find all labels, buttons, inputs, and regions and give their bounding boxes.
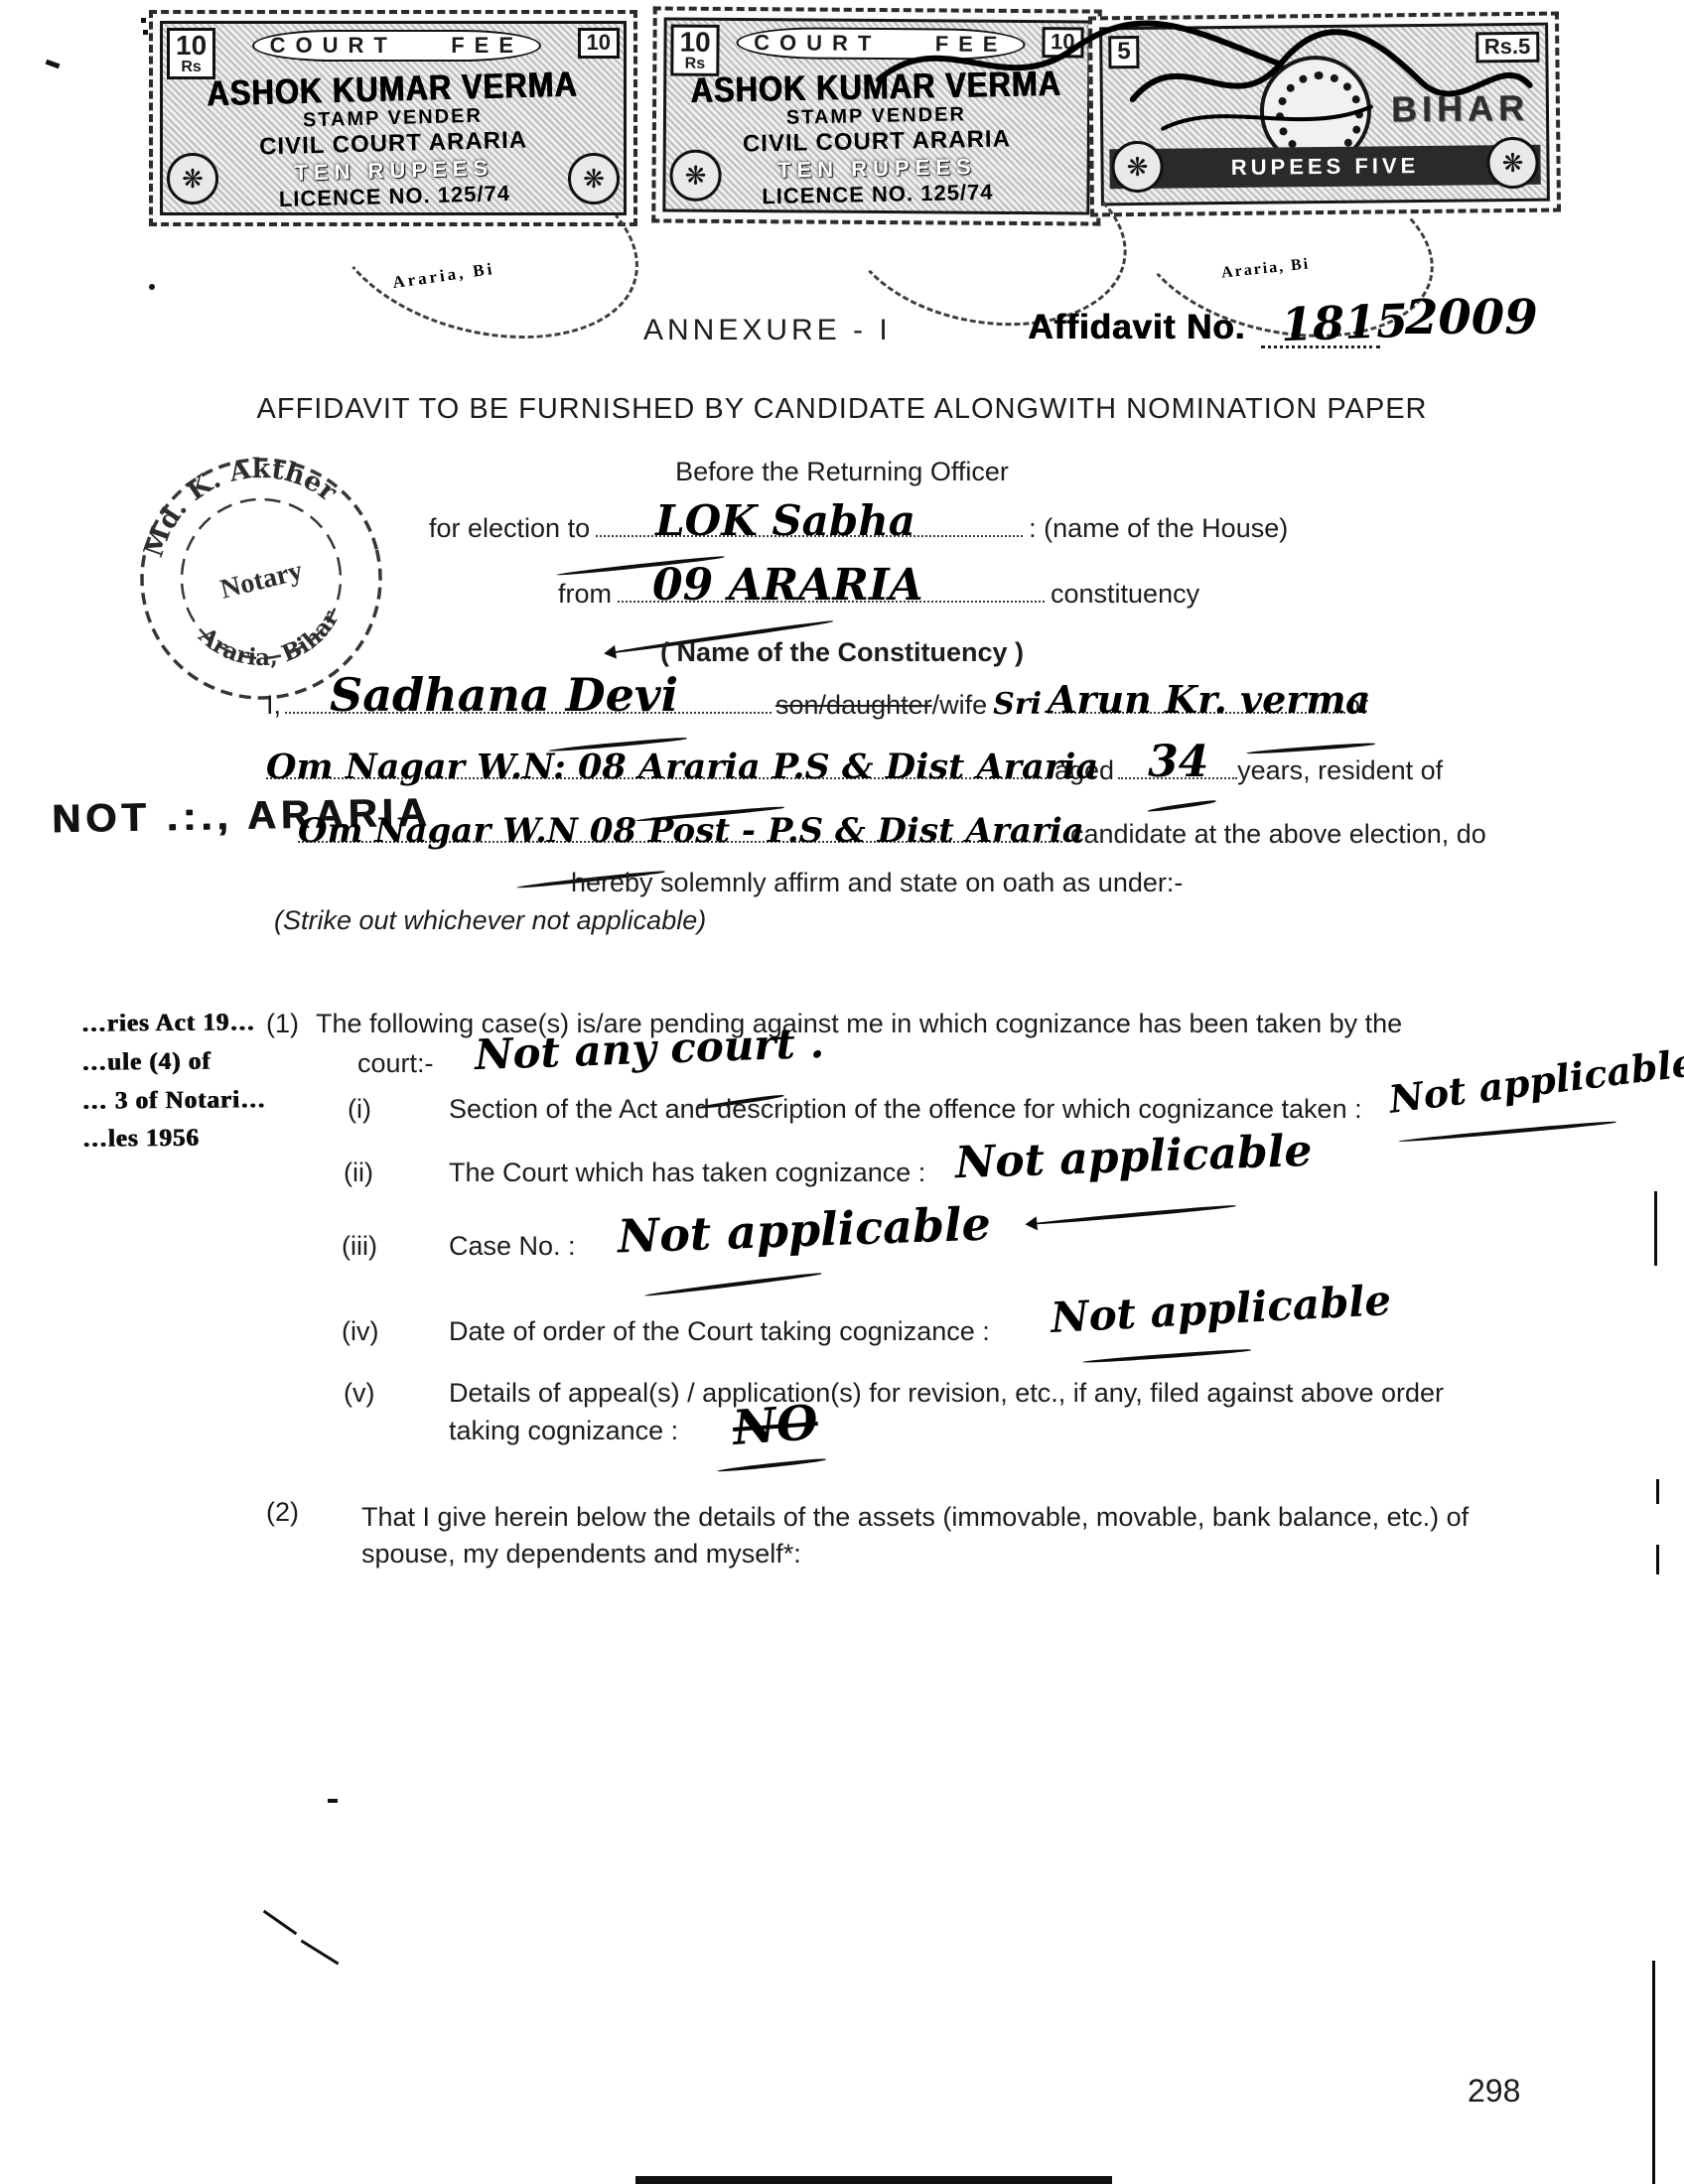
item-1ii-number: (ii) bbox=[344, 1158, 373, 1188]
scan-speck bbox=[143, 30, 148, 35]
figure-gap bbox=[413, 33, 435, 58]
page-title: AFFIDAVIT TO BE FURNISHED BY CANDIDATE A… bbox=[0, 393, 1684, 426]
underline-swoosh bbox=[717, 1457, 826, 1472]
annexure-heading: ANNEXURE - I bbox=[643, 314, 892, 347]
banner-fee-label: FEE bbox=[451, 33, 523, 58]
declarant-line-1: I, Sadhana Devi son/daughter/wife Sri Ar… bbox=[266, 685, 1368, 722]
item-1ii-value: Not applicable bbox=[954, 1126, 1313, 1189]
scan-edge-mark bbox=[1654, 1191, 1657, 1266]
item-1i-value: Not applicable bbox=[1386, 1039, 1684, 1121]
item-1v-label2: taking cognizance : bbox=[449, 1416, 678, 1446]
underline-swoosh bbox=[1398, 1120, 1616, 1143]
notary-seal-name: Md. K. Akther bbox=[122, 432, 351, 567]
years-resident-label: years, resident of bbox=[1237, 755, 1443, 786]
region-label: BIHAR bbox=[1391, 87, 1529, 130]
underline-swoosh bbox=[1147, 799, 1216, 813]
address-field-1: Om Nagar W.N: 08 Araria P.S & Dist Arari… bbox=[266, 751, 1051, 779]
court-fee-banner: COURT FEE bbox=[252, 30, 541, 62]
denomination-right-box: Rs.5 bbox=[1475, 32, 1540, 64]
rosette-icon: ❋ bbox=[669, 150, 721, 202]
house-value: LOK Sabha bbox=[655, 496, 915, 545]
from-prefix: from bbox=[558, 579, 612, 610]
scan-edge-mark bbox=[1656, 1479, 1659, 1504]
item-1iv-label: Date of order of the Court taking cogniz… bbox=[449, 1316, 990, 1347]
item-1iii-value: Not applicable bbox=[617, 1196, 991, 1263]
page-number: 298 bbox=[1468, 2073, 1520, 2110]
banner-court-label: COURT bbox=[754, 30, 881, 56]
item-1ii-label: The Court which has taken cognizance : bbox=[449, 1158, 925, 1188]
item-1iii-number: (iii) bbox=[342, 1231, 377, 1262]
address-value-1: Om Nagar W.N: 08 Araria P.S & Dist Arari… bbox=[266, 747, 1098, 787]
banner-fee-label: FEE bbox=[935, 31, 1008, 57]
notary-seal-title: Notary bbox=[217, 555, 306, 605]
declarant-line-2: Om Nagar W.N: 08 Araria P.S & Dist Arari… bbox=[266, 751, 1443, 786]
scan-speck bbox=[301, 1940, 340, 1966]
denomination-box: 10 Rs bbox=[167, 28, 215, 79]
house-field: LOK Sabha bbox=[596, 508, 1023, 537]
relation-struck: son/daughter bbox=[775, 690, 932, 720]
margin-stamp-line: …ule (4) of bbox=[81, 1042, 266, 1082]
item-1i-label: Section of the Act and description of th… bbox=[449, 1094, 1362, 1125]
sri-label: Sri bbox=[993, 687, 1042, 722]
vendor-name: ASHOK KUMAR VERMA bbox=[664, 63, 1086, 112]
court-label: court:- bbox=[357, 1048, 434, 1079]
margin-stamp-line: … 3 of Notari… bbox=[81, 1081, 266, 1121]
address-field-2: Om Nagar W.N 08 Post - P.S & Dist Araria bbox=[298, 814, 1062, 843]
declarant-line-3: Om Nagar W.N 08 Post - P.S & Dist Araria… bbox=[298, 814, 1486, 850]
scanned-affidavit-page: 10 Rs COURT FEE 10 ASHOK KUMAR VERMA STA… bbox=[0, 0, 1684, 2184]
denomination-value: 10 bbox=[176, 33, 207, 60]
election-line: for election to LOK Sabha : (name of the… bbox=[429, 508, 1288, 544]
scan-speck bbox=[141, 18, 146, 23]
from-line: from 09 ARARIA constituency bbox=[558, 574, 1199, 610]
scan-edge-line bbox=[1652, 1961, 1655, 2184]
item-1i-number: (i) bbox=[348, 1094, 371, 1125]
item-2-text2: spouse, my dependents and myself*: bbox=[361, 1539, 801, 1570]
i-label: I, bbox=[266, 690, 281, 721]
item-1iv-value: Not applicable bbox=[1050, 1276, 1392, 1342]
denomination-left-box: 5 bbox=[1108, 36, 1140, 68]
constituency-value: 09 ARARIA bbox=[652, 560, 923, 611]
denomination-small-box: 10 bbox=[1042, 27, 1084, 58]
scan-speck bbox=[46, 60, 61, 68]
scan-speck bbox=[149, 284, 155, 290]
scan-speck bbox=[328, 1799, 338, 1803]
election-suffix: : (name of the House) bbox=[1029, 513, 1288, 544]
rosette-icon: ❋ bbox=[167, 153, 218, 205]
scan-speck bbox=[263, 1910, 297, 1935]
item-1v-value: NO bbox=[731, 1395, 819, 1456]
court-fee-banner: COURT FEE bbox=[736, 27, 1026, 61]
item-2-number: (2) bbox=[266, 1497, 299, 1528]
candidate-name-field: Sadhana Devi bbox=[285, 685, 772, 714]
underline-swoosh-arrow bbox=[1028, 1204, 1236, 1226]
margin-stamp-line: …les 1956 bbox=[81, 1119, 266, 1159]
affidavit-no-value: 1815 bbox=[1280, 294, 1409, 351]
strike-note: (Strike out whichever not applicable) bbox=[274, 905, 706, 936]
denomination-unit: Rs bbox=[679, 56, 710, 70]
relation-kept: /wife bbox=[932, 690, 988, 720]
denomination-value: 10 bbox=[679, 30, 710, 57]
candidate-name-value: Sadhana Devi bbox=[330, 668, 678, 722]
svg-text:Md. K. Akther: Md. K. Akther bbox=[122, 432, 351, 567]
underline-swoosh bbox=[643, 1272, 821, 1297]
item-1iii-label: Case No. : bbox=[449, 1231, 576, 1262]
affidavit-year-value: 2009 bbox=[1405, 290, 1538, 345]
relative-name-field: Arun Kr. verma bbox=[1048, 685, 1345, 714]
margin-stamp-line: …ries Act 19… bbox=[80, 1004, 265, 1043]
item-1v-label: Details of appeal(s) / application(s) fo… bbox=[449, 1378, 1511, 1409]
underline-swoosh bbox=[1082, 1348, 1251, 1364]
scan-bottom-bar bbox=[635, 2176, 1112, 2184]
constituency-note: ( Name of the Constituency ) bbox=[0, 637, 1684, 668]
item-1v-number: (v) bbox=[344, 1378, 374, 1409]
scan-edge-mark bbox=[1656, 1545, 1659, 1574]
relation-label: son/daughter/wife bbox=[775, 690, 987, 721]
relative-name-value: Arun Kr. verma bbox=[1048, 677, 1370, 722]
address-value-2: Om Nagar W.N 08 Post - P.S & Dist Araria bbox=[298, 811, 1084, 851]
rosette-icon: ❋ bbox=[1486, 137, 1539, 190]
affidavit-no-stamp: Affidavit No. bbox=[1028, 308, 1245, 347]
election-prefix: for election to bbox=[429, 513, 590, 544]
banner-court-label: COURT bbox=[270, 33, 397, 58]
margin-rubber-stamp: …ries Act 19… …ule (4) of … 3 of Notari…… bbox=[80, 1004, 266, 1160]
from-suffix: constituency bbox=[1051, 579, 1199, 610]
item-2-text: That I give herein below the details of … bbox=[361, 1497, 1543, 1539]
age-value: 34 bbox=[1148, 737, 1208, 787]
affirm-text: hereby solemnly affirm and state on oath… bbox=[571, 868, 1183, 898]
candidate-election-label: candidate at the above election, do bbox=[1070, 819, 1486, 850]
constituency-field: 09 ARARIA bbox=[618, 574, 1045, 603]
item-1-number: (1) bbox=[266, 1009, 299, 1039]
denomination-small-box: 10 bbox=[578, 28, 620, 59]
denomination-box: 10 Rs bbox=[670, 25, 720, 76]
item-1iv-number: (iv) bbox=[342, 1316, 378, 1347]
age-field: 34 bbox=[1118, 751, 1237, 779]
denomination-unit: Rs bbox=[176, 60, 207, 74]
figure-gap bbox=[897, 31, 918, 56]
